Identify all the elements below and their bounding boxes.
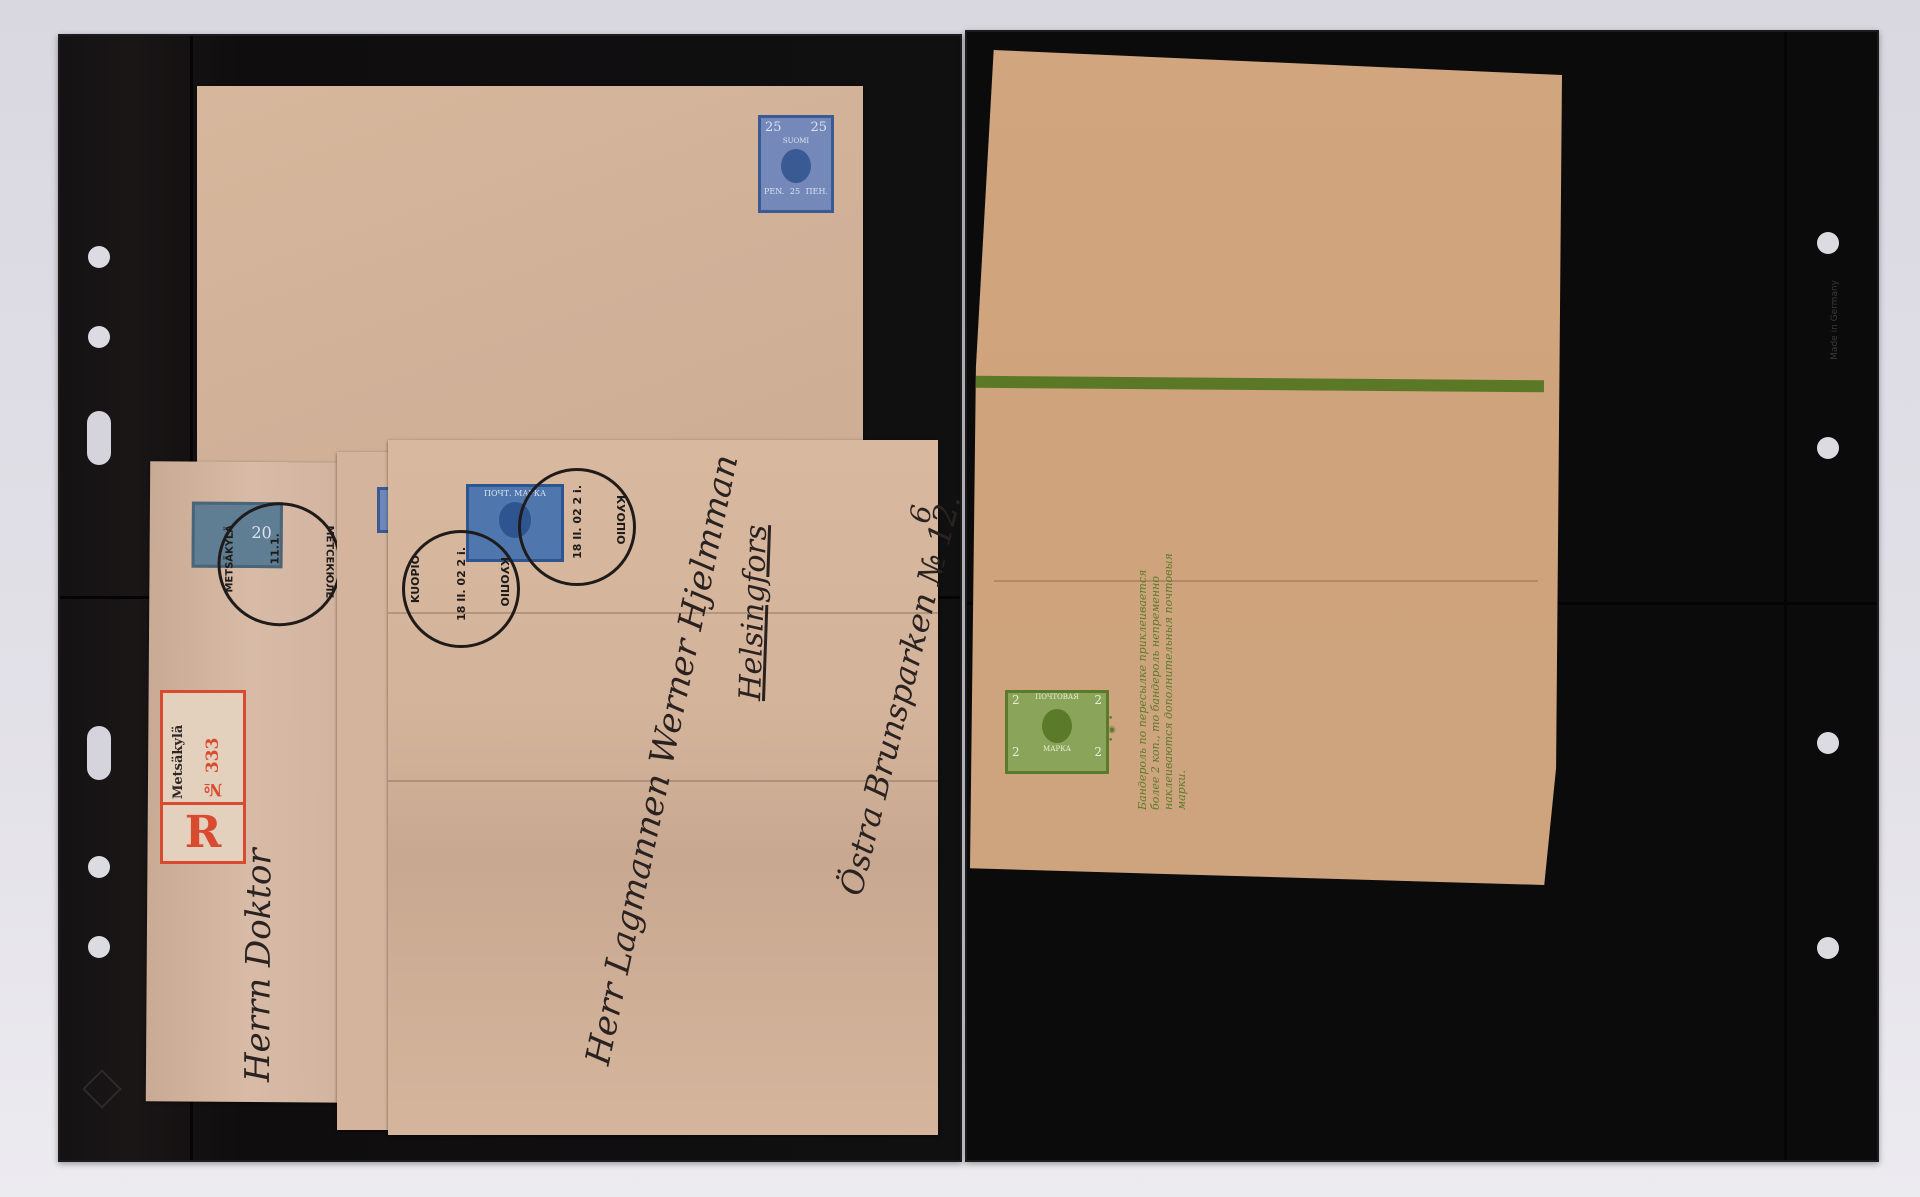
postmark-kuopio: 18 II. 02 2 i. КУОПІО (518, 468, 636, 586)
sheet-margin-strip (1784, 32, 1877, 1160)
stamp-value: 25 (790, 187, 800, 196)
postmark-text: МЕТСЕКЮЛЕ (323, 526, 335, 599)
registration-number: № 333 (203, 699, 223, 799)
address-text: Herrn Doktor (238, 848, 280, 1082)
stamp-currency: ПЕН. (806, 187, 828, 196)
stamp-text: ПОЧТОВАЯ (1035, 693, 1079, 707)
stamp-value: 25 (810, 120, 827, 135)
ornament-dots-icon: •◉• (1108, 714, 1116, 747)
postmark-text: КУОПІО (498, 557, 511, 606)
wrapper-notice: Бандероль по пересылке приклеивается бол… (1136, 540, 1226, 810)
stamp-value: 25 (765, 120, 782, 135)
registration-letter: R (163, 802, 243, 861)
punch-hole (1817, 232, 1839, 254)
stamp-value: 2 (1012, 745, 1020, 759)
stamp-text: МАРКА (1043, 745, 1071, 759)
postmark-date: 11.1. (269, 533, 282, 564)
punch-hole (88, 326, 110, 348)
stamp-value: 2 (1094, 745, 1102, 759)
postmark-kuopio: KUOPIO 18 II. 02 2 i. КУОПІО (402, 530, 520, 648)
postmark-date: 18 II. 02 2 i. (455, 547, 468, 621)
fold-line (994, 580, 1539, 582)
postmark-text: KUOPIO (409, 555, 422, 603)
stamp-value: 2 (1094, 693, 1102, 707)
punch-hole (1817, 937, 1839, 959)
punch-hole (88, 246, 110, 268)
punch-hole (88, 936, 110, 958)
address-line-city: Helsingfors (733, 524, 774, 701)
envelope-kuopio-helsingfors: ПОЧТ. МАРКА 18 II. 02 2 i. КУОПІО KUOPIO… (388, 440, 938, 1135)
punch-hole (88, 856, 110, 878)
postmark-text: КУОПІО (614, 495, 627, 544)
registration-place: Metsäkylä (171, 699, 186, 799)
green-band (976, 376, 1544, 392)
punch-hole (1817, 437, 1839, 459)
registration-label: R Metsäkylä № 333 (160, 690, 246, 864)
double-eagle-icon (1042, 709, 1072, 743)
postmark-date: 18 II. 02 2 i. (571, 485, 584, 559)
postmark-metsakyla: METSÄKYLÄ МЕТСЕКЮЛЕ 11.1. (217, 502, 342, 627)
punch-slot (87, 726, 111, 780)
stamp-value: 2 (1012, 693, 1020, 707)
stamp-country: SUOMI (761, 137, 831, 145)
coat-of-arms-icon (781, 149, 811, 183)
envelope-finland-25pen: 25 25 SUOMI PEN. 25 ПЕН. (197, 86, 863, 496)
stamp-2-kop: 2 ПОЧТОВАЯ 2 2 МАРКА 2 (1005, 690, 1109, 774)
punch-slot (87, 411, 111, 465)
manufacturer-mark: Made in Germany (1830, 280, 1840, 360)
stamp-25-pen: 25 25 SUOMI PEN. 25 ПЕН. (758, 115, 834, 213)
stamp-currency: PEN. (764, 187, 784, 196)
postmark-text: METSÄKYLÄ (224, 525, 235, 593)
punch-hole (1817, 732, 1839, 754)
